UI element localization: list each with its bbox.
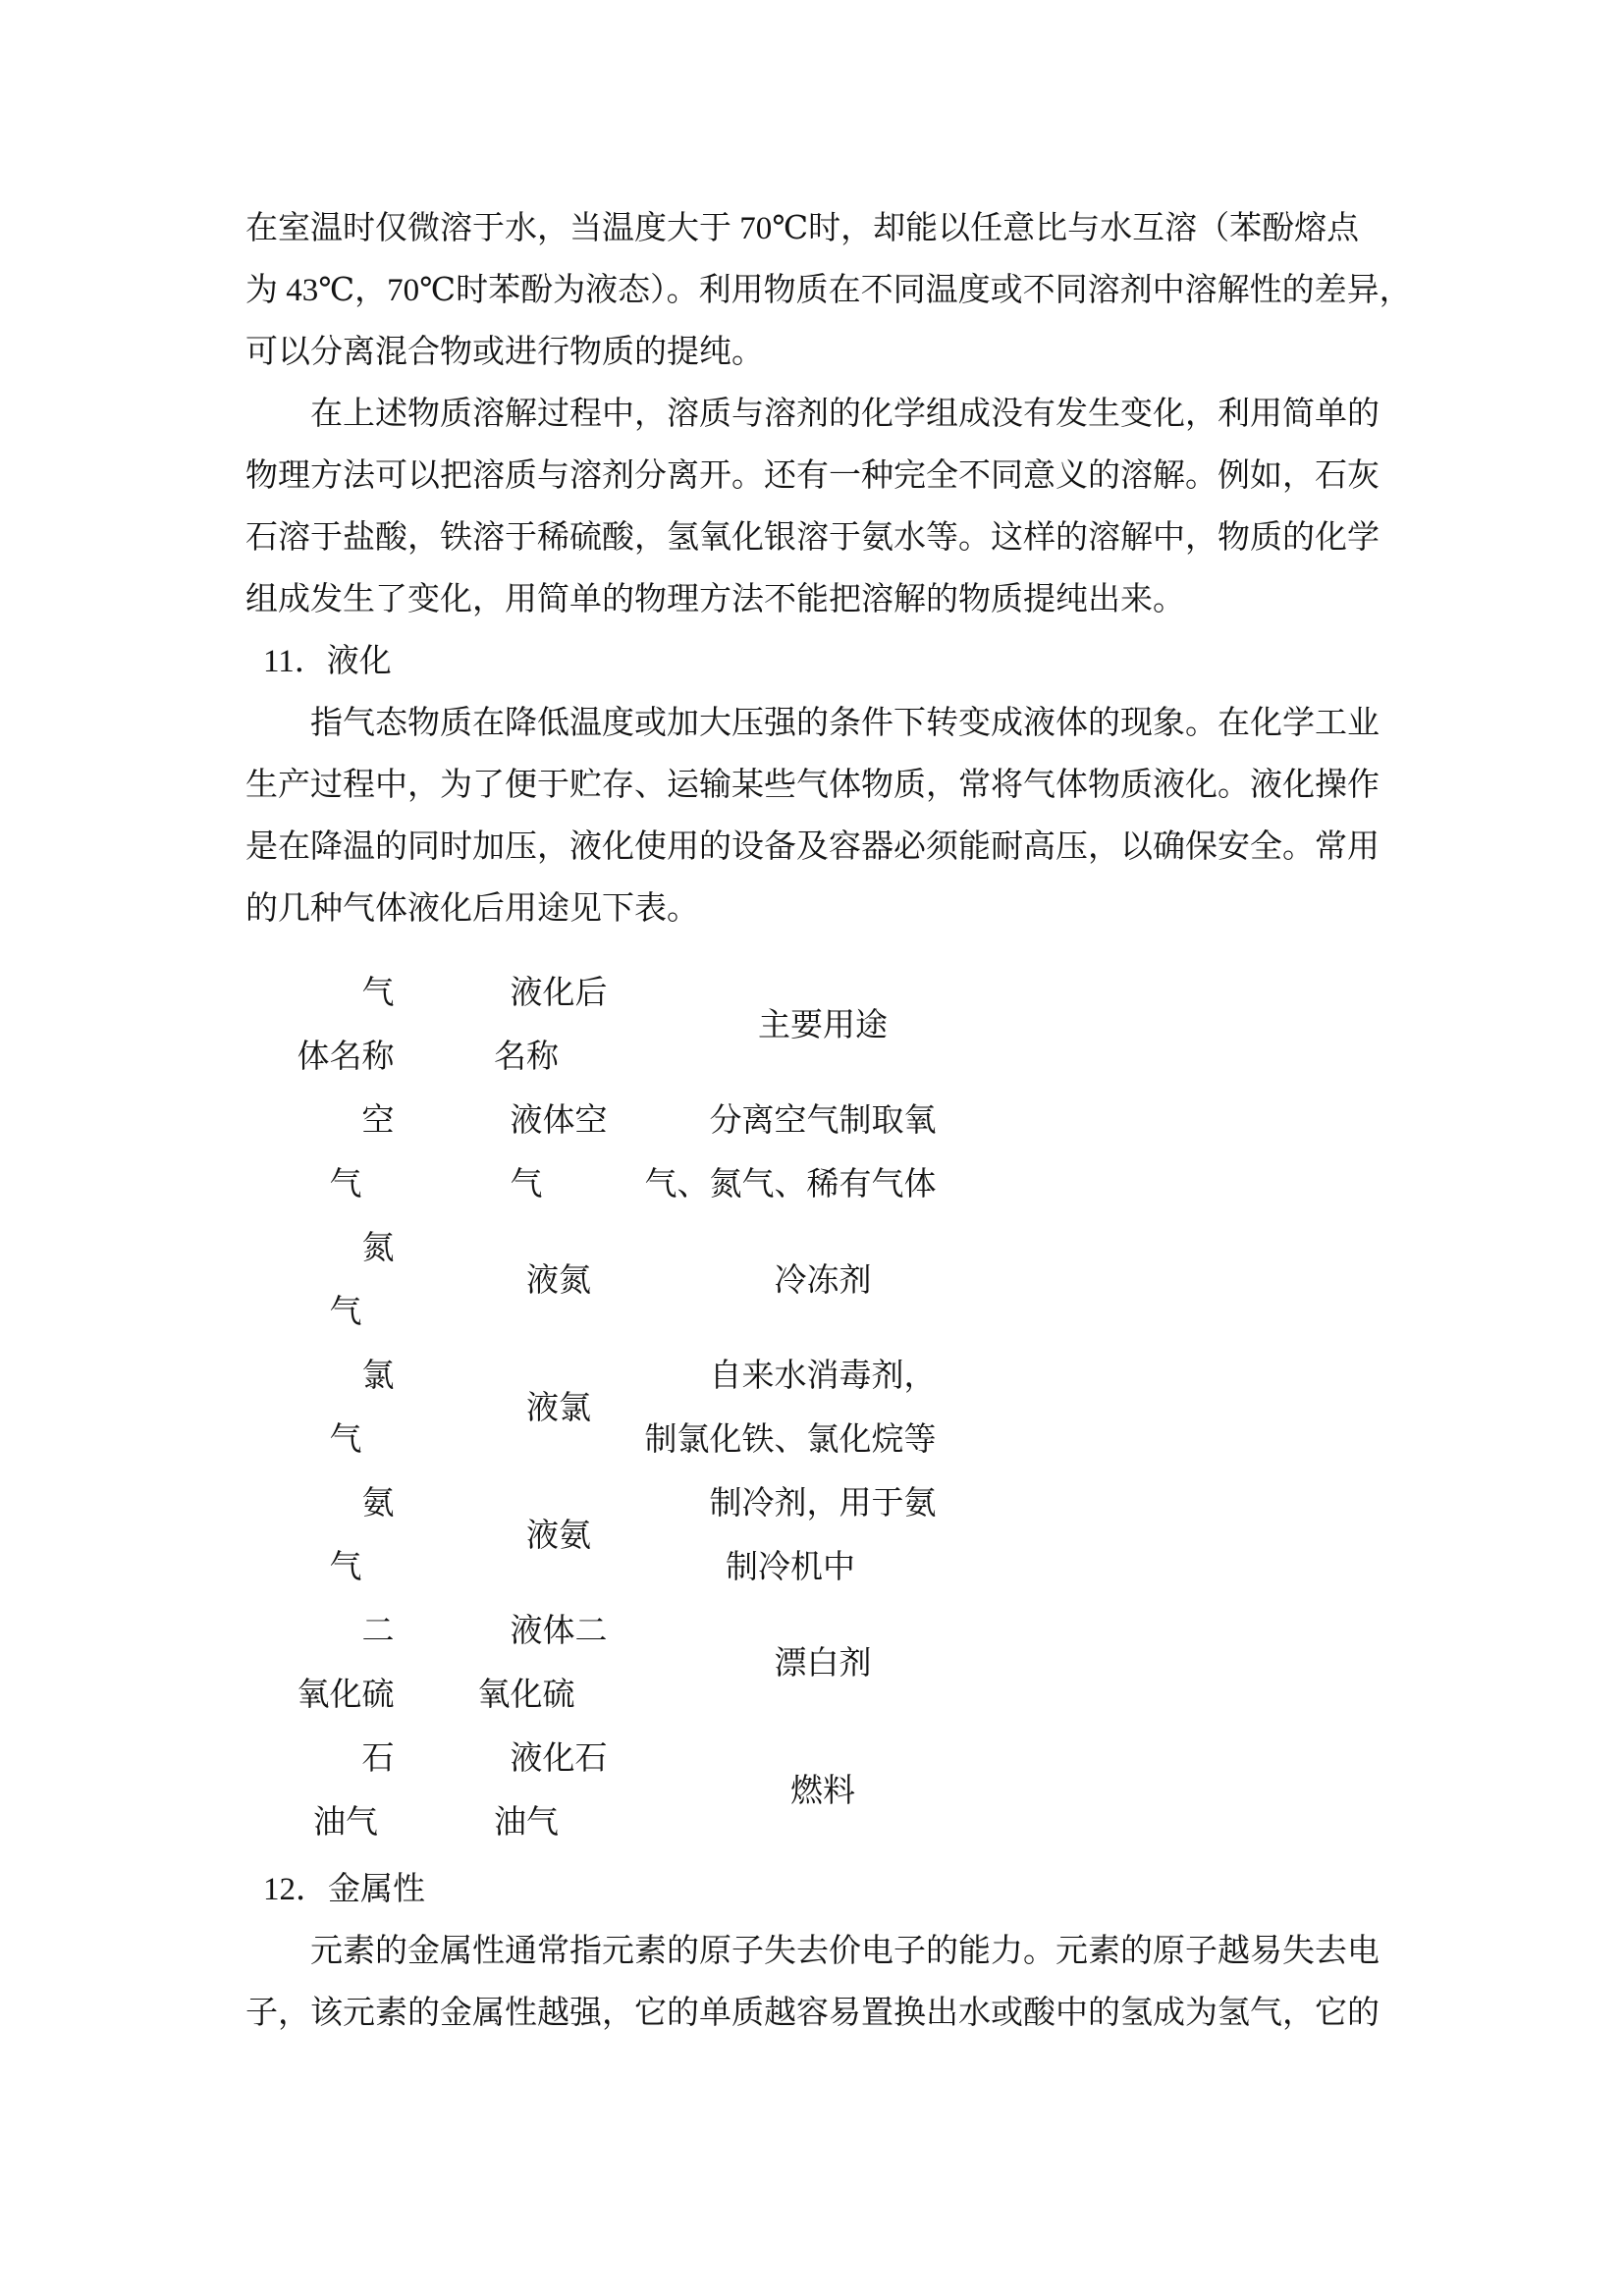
cell-line: 名称 bbox=[445, 1026, 608, 1090]
cell-line: 液氯 bbox=[445, 1377, 608, 1441]
body-text-lower: 12．金属性 元素的金属性通常指元素的原子失去价电子的能力。元素的原子越易失去电… bbox=[245, 1859, 1404, 2045]
text-line: 是在降温的同时加压，液化使用的设备及容器必须能耐高压，以确保安全。常用 bbox=[245, 817, 1404, 879]
text-line: 的几种气体液化后用途见下表。 bbox=[245, 879, 1404, 940]
document-page: 在室温时仅微溶于水，当温度大于 70℃时，却能以任意比与水互溶（苯酚熔点 为 4… bbox=[0, 0, 1624, 2296]
text-line: 元素的金属性通常指元素的原子失去价电子的能力。元素的原子越易失去电 bbox=[245, 1921, 1404, 1983]
text-line: 指气态物质在降低温度或加大压强的条件下转变成液体的现象。在化学工业 bbox=[245, 693, 1404, 755]
cell-line: 气 bbox=[297, 1281, 395, 1345]
cell-line: 体名称 bbox=[297, 1026, 395, 1090]
cell-gas: 氨 气 bbox=[297, 1472, 395, 1600]
cell-liquid: 液体二 氧化硫 bbox=[445, 1600, 608, 1728]
section-heading-metallicity: 12．金属性 bbox=[245, 1859, 1404, 1921]
cell-line: 气 bbox=[297, 1153, 395, 1217]
cell-line: 制冷剂，用于氨 bbox=[643, 1472, 938, 1536]
table-row-ammonia: 氨 气 液氨 制冷剂，用于氨 制冷机中 bbox=[0, 1472, 1624, 1600]
cell-line: 燃料 bbox=[643, 1760, 938, 1824]
cell-line: 气、氮气、稀有气体 bbox=[643, 1153, 938, 1217]
cell-line: 氧化硫 bbox=[445, 1664, 608, 1728]
cell-line: 油气 bbox=[445, 1791, 608, 1855]
cell-line: 气 bbox=[297, 962, 395, 1026]
text-line: 在室温时仅微溶于水，当温度大于 70℃时，却能以任意比与水互溶（苯酚熔点 bbox=[245, 198, 1404, 260]
cell-use: 制冷剂，用于氨 制冷机中 bbox=[643, 1472, 938, 1600]
text-line: 组成发生了变化，用简单的物理方法不能把溶解的物质提纯出来。 bbox=[245, 569, 1404, 631]
text-line: 物理方法可以把溶质与溶剂分离开。还有一种完全不同意义的溶解。例如，石灰 bbox=[245, 446, 1404, 507]
cell-line: 液化石 bbox=[445, 1728, 608, 1791]
cell-line: 空 bbox=[297, 1090, 395, 1153]
text-line: 为 43℃，70℃时苯酚为液态）。利用物质在不同温度或不同溶剂中溶解性的差异， bbox=[245, 260, 1404, 322]
text-line: 子，该元素的金属性越强，它的单质越容易置换出水或酸中的氢成为氢气，它的 bbox=[245, 1983, 1404, 2045]
body-text-upper: 在室温时仅微溶于水，当温度大于 70℃时，却能以任意比与水互溶（苯酚熔点 为 4… bbox=[245, 198, 1404, 940]
cell-line: 液氨 bbox=[445, 1505, 608, 1569]
text-line: 生产过程中，为了便于贮存、运输某些气体物质，常将气体物质液化。液化操作 bbox=[245, 755, 1404, 817]
text-line: 可以分离混合物或进行物质的提纯。 bbox=[245, 322, 1404, 384]
cell-use: 漂白剂 bbox=[643, 1600, 938, 1728]
cell-liquid: 液氨 bbox=[445, 1472, 608, 1600]
text-line: 在上述物质溶解过程中，溶质与溶剂的化学组成没有发生变化，利用简单的 bbox=[245, 384, 1404, 446]
cell-line: 冷冻剂 bbox=[643, 1250, 938, 1313]
cell-line: 氧化硫 bbox=[297, 1664, 395, 1728]
cell-line: 分离空气制取氧 bbox=[643, 1090, 938, 1153]
cell-liquid: 液氯 bbox=[445, 1345, 608, 1472]
cell-gas: 氯 气 bbox=[297, 1345, 395, 1472]
cell-line: 液化后 bbox=[445, 962, 608, 1026]
table-header-row: 气 体名称 液化后 名称 主要用途 bbox=[0, 962, 1624, 1090]
cell-liquid: 液化石 油气 bbox=[445, 1728, 608, 1855]
cell-line: 氯 bbox=[297, 1345, 395, 1409]
cell-line: 油气 bbox=[297, 1791, 395, 1855]
cell-line: 液体空 bbox=[445, 1090, 608, 1153]
header-main-use: 主要用途 bbox=[643, 962, 938, 1090]
cell-line: 气 bbox=[297, 1536, 395, 1600]
table-row-nitrogen: 氮 气 液氮 冷冻剂 bbox=[0, 1217, 1624, 1345]
cell-gas: 石 油气 bbox=[297, 1728, 395, 1855]
cell-line: 氨 bbox=[297, 1472, 395, 1536]
liquefaction-table: 气 体名称 液化后 名称 主要用途 空 气 液体空 气 分离空气制取氧 气、氮 bbox=[0, 962, 1624, 1855]
cell-line: 漂白剂 bbox=[643, 1632, 938, 1696]
cell-gas: 氮 气 bbox=[297, 1217, 395, 1345]
cell-liquid: 液体空 气 bbox=[445, 1090, 608, 1217]
cell-gas: 空 气 bbox=[297, 1090, 395, 1217]
table-row-petroleum-gas: 石 油气 液化石 油气 燃料 bbox=[0, 1728, 1624, 1855]
section-heading-liquefaction: 11．液化 bbox=[245, 631, 1404, 693]
cell-liquid: 液氮 bbox=[445, 1217, 608, 1345]
cell-line: 制冷机中 bbox=[643, 1536, 938, 1600]
text-line: 石溶于盐酸，铁溶于稀硫酸，氢氧化银溶于氨水等。这样的溶解中，物质的化学 bbox=[245, 507, 1404, 569]
table-row-air: 空 气 液体空 气 分离空气制取氧 气、氮气、稀有气体 bbox=[0, 1090, 1624, 1217]
header-gas-name: 气 体名称 bbox=[297, 962, 395, 1090]
cell-use: 自来水消毒剂， 制氯化铁、氯化烷等 bbox=[643, 1345, 938, 1472]
table-row-sulfur-dioxide: 二 氧化硫 液体二 氧化硫 漂白剂 bbox=[0, 1600, 1624, 1728]
cell-line: 主要用途 bbox=[643, 994, 938, 1058]
cell-line: 液氮 bbox=[445, 1250, 608, 1313]
cell-line: 气 bbox=[445, 1153, 608, 1217]
cell-use: 分离空气制取氧 气、氮气、稀有气体 bbox=[643, 1090, 938, 1217]
cell-line: 气 bbox=[297, 1409, 395, 1472]
cell-line: 氮 bbox=[297, 1217, 395, 1281]
cell-gas: 二 氧化硫 bbox=[297, 1600, 395, 1728]
table-row-chlorine: 氯 气 液氯 自来水消毒剂， 制氯化铁、氯化烷等 bbox=[0, 1345, 1624, 1472]
header-liquid-name: 液化后 名称 bbox=[445, 962, 608, 1090]
cell-line: 制氯化铁、氯化烷等 bbox=[643, 1409, 938, 1472]
cell-use: 燃料 bbox=[643, 1728, 938, 1855]
cell-line: 石 bbox=[297, 1728, 395, 1791]
cell-line: 自来水消毒剂， bbox=[643, 1345, 938, 1409]
cell-line: 二 bbox=[297, 1600, 395, 1664]
cell-use: 冷冻剂 bbox=[643, 1217, 938, 1345]
cell-line: 液体二 bbox=[445, 1600, 608, 1664]
